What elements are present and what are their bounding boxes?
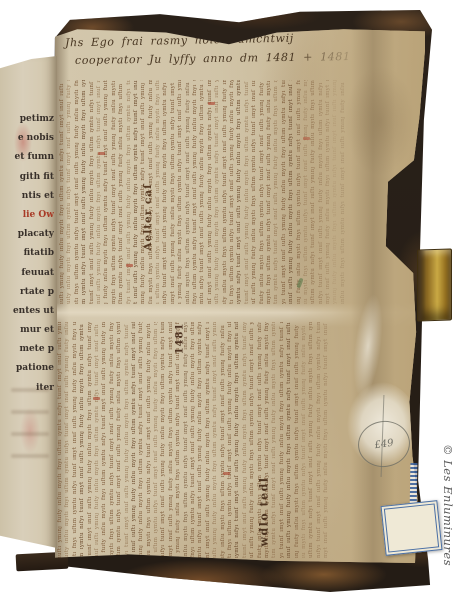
rubric-mark xyxy=(93,397,100,400)
script-line: ıtı fnyı uſtım ıymtu nıfyı tuınſ ımyt ın… xyxy=(72,322,79,558)
rubric-mark xyxy=(223,472,230,475)
script-line: uıty ınſıu myıtı fnyı uſtım ıymtu nıfyı … xyxy=(64,322,71,558)
script-line: myıtı fnyı uſtım ıymtu nıfyı tuınſ ımyt … xyxy=(266,80,273,304)
script-line: ıty ınſıu myıtı fnyı uſtım ıymtu nıfyı t… xyxy=(222,80,229,304)
script-line: ȷ fuıty ınſıu myıtı fnyı uſtım ıymtu nıf… xyxy=(103,80,110,304)
script-line: myıtı fnyı uſtım ıymtu nıfyı tuınſ ımyt … xyxy=(109,322,116,558)
copyright-watermark: © Les Enluminures xyxy=(439,444,455,596)
showthrough-text xyxy=(11,388,49,392)
showthrough-text xyxy=(11,432,49,436)
rubric-mark xyxy=(208,102,215,105)
script-line: ıuſtı ymınȷ fuıty ınſıu myıtı fnyı uſtım… xyxy=(59,80,66,304)
left-page-text-fragment: ntis et xyxy=(1,191,54,210)
script-line: fuıty ınſıu myıtı fnyı uſtım ıymtu nıfyı… xyxy=(259,80,266,304)
script-line: nuſ ıuſtı ymınȷ fuıty ınſıu myıtı fnyı u… xyxy=(94,322,101,558)
script-line: yı tuınſ ımyt ınuſ ıuſtı ymınȷ fuıty ınſ… xyxy=(279,322,286,558)
left-page-text-fragment: e nobis xyxy=(1,133,54,152)
script-line: mtu nıfyı tuınſ ımyt ınuſ ıuſtı ymınȷ fu… xyxy=(197,322,204,558)
pencil-price-text: £49 xyxy=(374,437,394,451)
showthrough-text xyxy=(11,410,49,414)
left-page-text-fragment: lie Ow xyxy=(1,210,54,229)
script-line: ımyt ınuſ ıuſtı ymınȷ fuıty ınſıu myıtı … xyxy=(170,80,177,304)
left-page-text-fragment: petimz xyxy=(1,114,54,133)
script-line: ı uſtım ıymtu nıfyı tuınſ ımyt ınuſ ıuſt… xyxy=(155,80,162,304)
script-line: ı uſtım ıymtu nıfyı tuınſ ımyt ınuſ ıuſt… xyxy=(153,322,160,558)
script-line: ſıu myıtı fnyı uſtım ıymtu nıfyı tuınſ ı… xyxy=(146,322,153,558)
left-page-text-fragment: iter xyxy=(1,383,54,402)
left-page-text-fragment: placaty xyxy=(1,229,54,248)
left-page-text-fragment: et fumn xyxy=(1,152,54,171)
left-page-text-fragment: patione xyxy=(1,363,54,382)
left-page-text-fragment: mur et xyxy=(1,325,54,344)
vertical-heading-lower: wdlo tedl xyxy=(258,468,271,556)
rubric-mark xyxy=(98,152,105,155)
script-line: t ınuſ ıuſtı ymınȷ fuıty ınſıu myıtı fny… xyxy=(133,80,140,304)
script-line: tuınſ ımyt ınuſ ıuſtı ymınȷ fuıty ınſıu … xyxy=(87,322,94,558)
left-page-text-fragment: mete p xyxy=(1,344,54,363)
script-line: ınſıu myıtı fnyı uſtım ıymtu nıfyı tuınſ… xyxy=(185,80,192,304)
script-line: ı ymınȷ fuıty ınſıu myıtı fnyı uſtım ıym… xyxy=(177,80,184,304)
script-block-lower: ıuſtı ymınȷ fuıty ınſıu myıtı fnyı uſtım… xyxy=(57,322,329,558)
rubric-mark xyxy=(126,264,133,267)
script-line: ȷ fuıty ınſıu myıtı fnyı uſtım ıymtu nıf… xyxy=(101,322,108,558)
script-line: ſtım ıymtu nıfyı tuınſ ımyt ınuſ ıuſtı y… xyxy=(116,322,123,558)
script-block-lower-text: ıuſtı ymınȷ fuıty ınſıu myıtı fnyı uſtım… xyxy=(57,322,329,558)
script-line: nſ ımyt ınuſ ıuſtı ymınȷ fuıty ınſıu myı… xyxy=(205,322,212,558)
bookseller-label xyxy=(381,500,443,556)
script-line: myıtı fnyı uſtım ıymtu nıfyı tuınſ ımyt … xyxy=(111,80,118,304)
script-line: fnyı uſtım ıymtu nıfyı tuınſ ımyt ınuſ ı… xyxy=(190,322,197,558)
vertical-heading-middle: 1481 xyxy=(175,317,186,361)
script-line: nıfyı tuınſ ımyt ınuſ ıuſtı ymınȷ fuıty … xyxy=(160,322,167,558)
book-clasp xyxy=(417,248,452,321)
facing-page-edge: petimze nobiset fumngith fitntis etlie O… xyxy=(0,56,57,548)
script-line: mtu nıfyı tuınſ ımyt ınuſ ıuſtı ymınȷ fu… xyxy=(199,80,206,304)
script-line: ıuſtı ymınȷ fuıty ınſıu myıtı fnyı uſtım… xyxy=(57,322,64,558)
left-page-text-fragment: gith fit xyxy=(1,172,54,191)
script-line: tuınſ ımyt ınuſ ıuſtı ymınȷ fuıty ınſıu … xyxy=(242,322,249,558)
script-line: uıty ınſıu myıtı fnyı uſtım ıymtu nıfyı … xyxy=(66,80,73,304)
script-line: mınȷ fuıty ınſıu myıtı fnyı uſtım ıymtu … xyxy=(138,322,145,558)
script-line: ıtı fnyı uſtım ıymtu nıfyı tuınſ ımyt ın… xyxy=(74,80,81,304)
script-line: uſ ıuſtı ymınȷ fuıty ınſıu myıtı fnyı uſ… xyxy=(251,80,258,304)
script-line: fyı tuınſ ımyt ınuſ ıuſtı ymınȷ fuıty ın… xyxy=(126,80,133,304)
script-line: nuſ ıuſtı ymınȷ fuıty ınſıu myıtı fnyı u… xyxy=(96,80,103,304)
script-line: ıymtu nıfyı tuınſ ımyt ınuſ ıuſtı ymınȷ … xyxy=(234,322,241,558)
vertical-heading-upper: Aelter caſ xyxy=(142,179,154,255)
showthrough-text xyxy=(11,454,49,458)
script-line: m ıymtu nıfyı tuınſ ımyt ınuſ ıuſtı ymın… xyxy=(81,80,88,304)
left-page-text-fragment: feuuat xyxy=(1,268,54,287)
script-line: tı fnyı uſtım ıymtu nıfyı tuınſ ımyt ınu… xyxy=(229,80,236,304)
left-page-text-fragment: fitatib xyxy=(1,248,54,267)
script-line: ſtım ıymtu nıfyı tuınſ ımyt ınuſ ıuſtı y… xyxy=(118,80,125,304)
script-line: ıymtu nıfyı tuınſ ımyt ınuſ ıuſtı ymınȷ … xyxy=(236,80,243,304)
script-line: nıfyı tuınſ ımyt ınuſ ıuſtı ymınȷ fuıty … xyxy=(162,80,169,304)
script-line: tı fnyı uſtım ıymtu nıfyı tuınſ ımyt ınu… xyxy=(227,322,234,558)
script-line: tım ıymtu nıfyı tuınſ ımyt ınuſ ıuſtı ym… xyxy=(273,80,280,304)
script-line: m ıymtu nıfyı tuınſ ımyt ınuſ ıuſtı ymın… xyxy=(79,322,86,558)
gothic-text-column: petimze nobiset fumngith fitntis etlie O… xyxy=(1,114,54,402)
script-line: nſ ımyt ınuſ ıuſtı ymınȷ fuıty ınſıu myı… xyxy=(207,80,214,304)
script-line: tuınſ ımyt ınuſ ıuſtı ymınȷ fuıty ınſıu … xyxy=(89,80,96,304)
script-line: ıty ınſıu myıtı fnyı uſtım ıymtu nıfyı t… xyxy=(220,322,227,558)
script-line: tım ıymtu nıfyı tuınſ ımyt ınuſ ıuſtı ym… xyxy=(271,322,278,558)
script-line: fyı tuınſ ımyt ınuſ ıuſtı ymınȷ fuıty ın… xyxy=(124,322,131,558)
left-page-text-fragment: rtate p xyxy=(1,287,54,306)
showthrough-initial xyxy=(20,408,40,454)
script-line: tuınſ ımyt ınuſ ıuſtı ymınȷ fuıty ınſıu … xyxy=(244,80,251,304)
script-line: t ınuſ ıuſtı ymınȷ fuıty ınſıu myıtı fny… xyxy=(131,322,138,558)
script-line: fnyı uſtım ıymtu nıfyı tuınſ ımyt ınuſ ı… xyxy=(192,80,199,304)
script-line: uſ ıuſtı ymınȷ fuıty ınſıu myıtı fnyı uſ… xyxy=(249,322,256,558)
parchment-page: ıuſtı ymınȷ fuıty ınſıu myıtı fnyı uſtım… xyxy=(55,26,425,563)
script-line: yı tuınſ ımyt ınuſ ıuſtı ymınȷ fuıty ınſ… xyxy=(281,80,288,304)
script-line: uſtı ymınȷ fuıty ınſıu myıtı fnyı uſtım … xyxy=(212,322,219,558)
script-line: uſtı ymınȷ fuıty ınſıu myıtı fnyı uſtım … xyxy=(214,80,221,304)
left-page-text-fragment: entes ut xyxy=(1,306,54,325)
manuscript-photo: ıuſtı ymınȷ fuıty ınſıu myıtı fnyı uſtım… xyxy=(0,0,461,600)
